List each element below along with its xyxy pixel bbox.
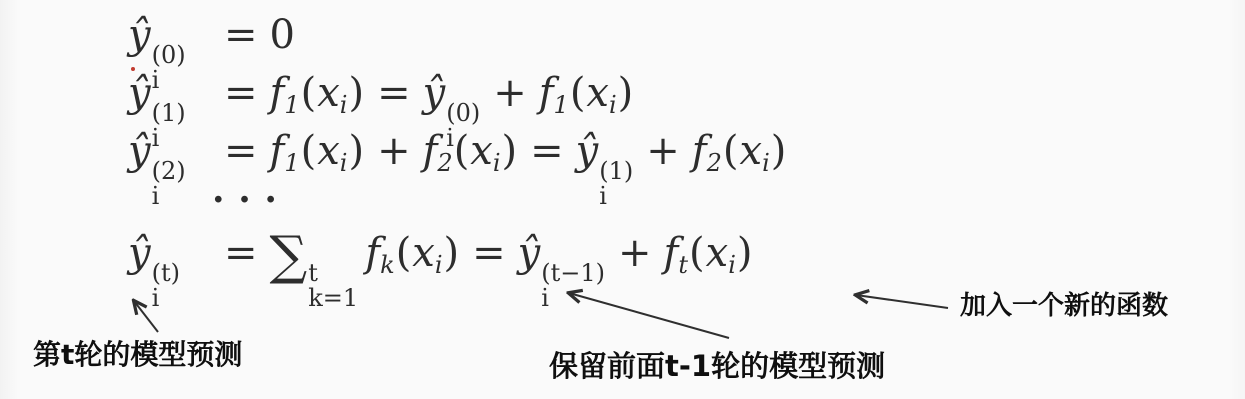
math-token: xi: [470, 128, 500, 174]
math-token: +: [377, 128, 411, 174]
math-token: (: [454, 128, 470, 174]
math-token: ŷ(0)i: [128, 12, 186, 58]
math-token: =: [224, 128, 258, 174]
math-token: xi: [412, 230, 442, 276]
math-token: =: [224, 70, 258, 116]
math-token: +: [646, 128, 680, 174]
math-token: f1: [539, 70, 569, 116]
math-token: ft: [664, 230, 688, 276]
math-token: xi: [740, 128, 770, 174]
equation-line: ŷ(t)i=∑tk=1fk(xi)=ŷ(t−1)i+ft(xi): [128, 224, 787, 282]
math-token: f2: [692, 128, 722, 174]
math-token: ŷ(t−1)i: [518, 230, 605, 276]
math-token: ŷ(1)i: [128, 70, 186, 116]
math-token: ŷ(0)i: [423, 70, 481, 116]
math-token: ŷ(t)i: [128, 230, 180, 276]
math-token: xi: [317, 128, 347, 174]
math-token: ): [348, 128, 364, 174]
math-token: =: [224, 12, 258, 58]
math-token: (: [396, 230, 412, 276]
math-token: (: [689, 230, 705, 276]
math-token: ∑tk=1: [270, 230, 359, 276]
formula-block: ŷ(0)i=0ŷ(1)i=f1(xi)=ŷ(0)i+f1(xi)ŷ(2)i=f1…: [128, 6, 787, 282]
math-token: (: [570, 70, 586, 116]
laser-pointer-dot: [131, 67, 135, 71]
math-token: (: [301, 128, 317, 174]
equation-line: ···: [128, 180, 787, 218]
equation-line: ŷ(0)i=0: [128, 6, 787, 64]
math-token: (: [301, 70, 317, 116]
math-token: ): [771, 128, 787, 174]
math-token: (: [723, 128, 739, 174]
equation-line: ŷ(1)i=f1(xi)=ŷ(0)i+f1(xi): [128, 64, 787, 122]
slide-canvas: ŷ(0)i=0ŷ(1)i=f1(xi)=ŷ(0)i+f1(xi)ŷ(2)i=f1…: [0, 0, 1245, 399]
equation-line: ŷ(2)i=f1(xi)+f2(xi)=ŷ(1)i+f2(xi): [128, 122, 787, 180]
equation-lhs: ŷ(t)i: [128, 224, 212, 311]
annotation-round-t: 第t轮的模型预测: [33, 333, 242, 373]
math-token: ): [502, 128, 518, 174]
math-token: =: [530, 128, 564, 174]
math-token: +: [493, 70, 527, 116]
math-token: f1: [270, 70, 300, 116]
math-token: 0: [270, 12, 295, 58]
math-token: ŷ(2)i: [128, 128, 186, 174]
math-token: ): [348, 70, 364, 116]
math-token: =: [224, 230, 258, 276]
math-token: +: [618, 230, 652, 276]
annotation-new-func: 加入一个新的函数: [960, 285, 1168, 322]
math-token: =: [377, 70, 411, 116]
math-token: ŷ(1)i: [576, 128, 634, 174]
math-token: ): [737, 230, 753, 276]
math-token: ): [444, 230, 460, 276]
math-token: fk: [365, 230, 394, 276]
math-token: f2: [423, 128, 453, 174]
arrow-to-new-function: [856, 295, 948, 308]
math-token: f1: [270, 128, 300, 174]
annotation-keep-prev: 保留前面t-1轮的模型预测: [549, 344, 885, 385]
math-token: xi: [586, 70, 616, 116]
ellipsis-dots: ···: [212, 179, 291, 221]
math-token: ): [618, 70, 634, 116]
math-token: xi: [706, 230, 736, 276]
math-token: xi: [317, 70, 347, 116]
math-token: =: [472, 230, 506, 276]
